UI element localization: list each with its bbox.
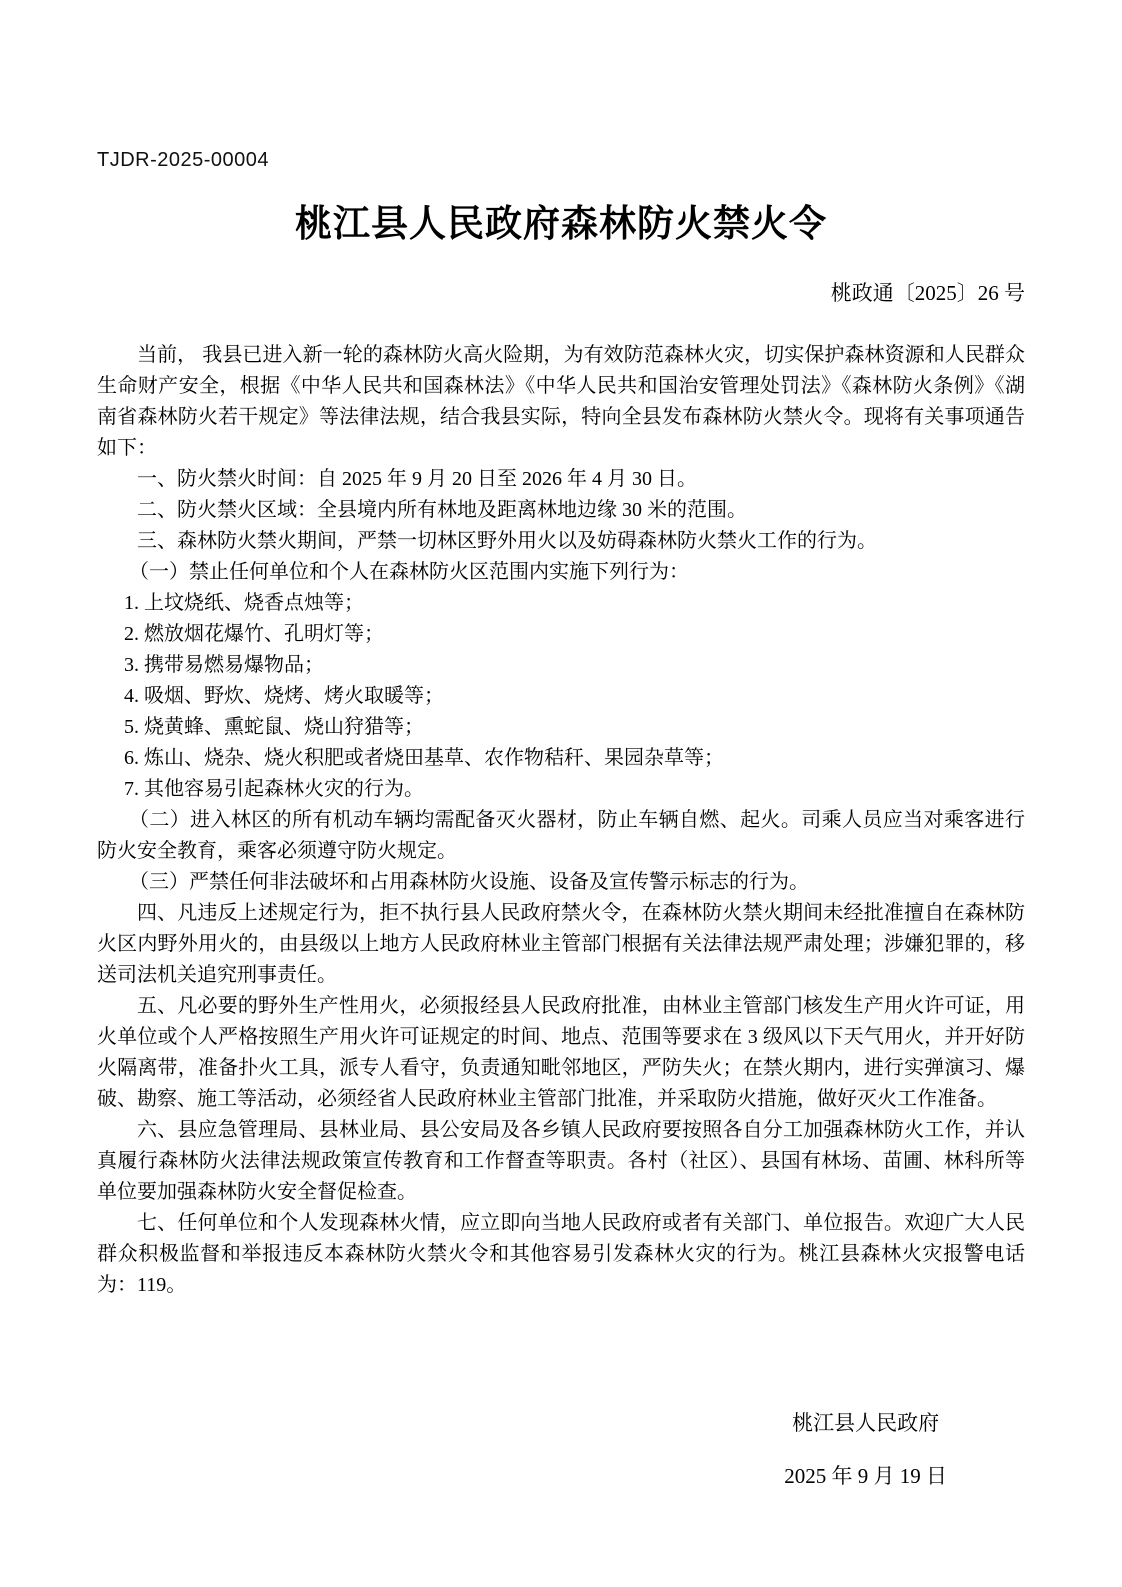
doc-code: TJDR-2025-00004 [97,148,1025,172]
paragraph: 7. 其他容易引起森林火灾的行为。 [97,774,1025,805]
paragraph: 当前， 我县已进入新一轮的森林防火高火险期，为有效防范森林火灾，切实保护森林资源… [97,340,1025,464]
paragraph: 2. 燃放烟花爆竹、孔明灯等； [97,619,1025,650]
document-page: TJDR-2025-00004 桃江县人民政府森林防火禁火令 桃政通〔2025〕… [0,0,1122,1587]
paragraph: 一、防火禁火时间：自 2025 年 9 月 20 日至 2026 年 4 月 3… [97,464,1025,495]
paragraph: 1. 上坟烧纸、烧香点烛等； [97,588,1025,619]
paragraph: 三、森林防火禁火期间，严禁一切林区野外用火以及妨碍森林防火禁火工作的行为。 [97,526,1025,557]
paragraph: （二）进入林区的所有机动车辆均需配备灭火器材，防止车辆自燃、起火。司乘人员应当对… [97,805,1025,867]
signature-block: 桃江县人民政府 2025 年 9 月 19 日 [97,1397,1025,1503]
paragraph: 二、防火禁火区域：全县境内所有林地及距离林地边缘 30 米的范围。 [97,495,1025,526]
paragraph: 七、任何单位和个人发现森林火情，应立即向当地人民政府或者有关部门、单位报告。欢迎… [97,1208,1025,1301]
paragraph: 五、凡必要的野外生产性用火，必须报经县人民政府批准，由林业主管部门核发生产用火许… [97,991,1025,1115]
doc-number: 桃政通〔2025〕26 号 [97,278,1025,308]
document-body: 当前， 我县已进入新一轮的森林防火高火险期，为有效防范森林火灾，切实保护森林资源… [97,340,1025,1301]
paragraph: 6. 炼山、烧杂、烧火积肥或者烧田基草、农作物秸秆、果园杂草等； [97,743,1025,774]
paragraph: 六、县应急管理局、县林业局、县公安局及各乡镇人民政府要按照各自分工加强森林防火工… [97,1115,1025,1208]
paragraph: （一）禁止任何单位和个人在森林防火区范围内实施下列行为： [97,557,1025,588]
paragraph: 四、凡违反上述规定行为，拒不执行县人民政府禁火令，在森林防火禁火期间未经批准擅自… [97,898,1025,991]
paragraph: 4. 吸烟、野炊、烧烤、烤火取暖等； [97,681,1025,712]
signature-issuer: 桃江县人民政府 [784,1397,947,1450]
document-title: 桃江县人民政府森林防火禁火令 [97,200,1025,248]
paragraph: 3. 携带易燃易爆物品； [97,650,1025,681]
paragraph: （三）严禁任何非法破坏和占用森林防火设施、设备及宣传警示标志的行为。 [97,867,1025,898]
paragraph: 5. 烧黄蜂、熏蛇鼠、烧山狩猎等； [97,712,1025,743]
signature-date: 2025 年 9 月 19 日 [784,1450,947,1503]
signature-inner: 桃江县人民政府 2025 年 9 月 19 日 [784,1397,947,1503]
